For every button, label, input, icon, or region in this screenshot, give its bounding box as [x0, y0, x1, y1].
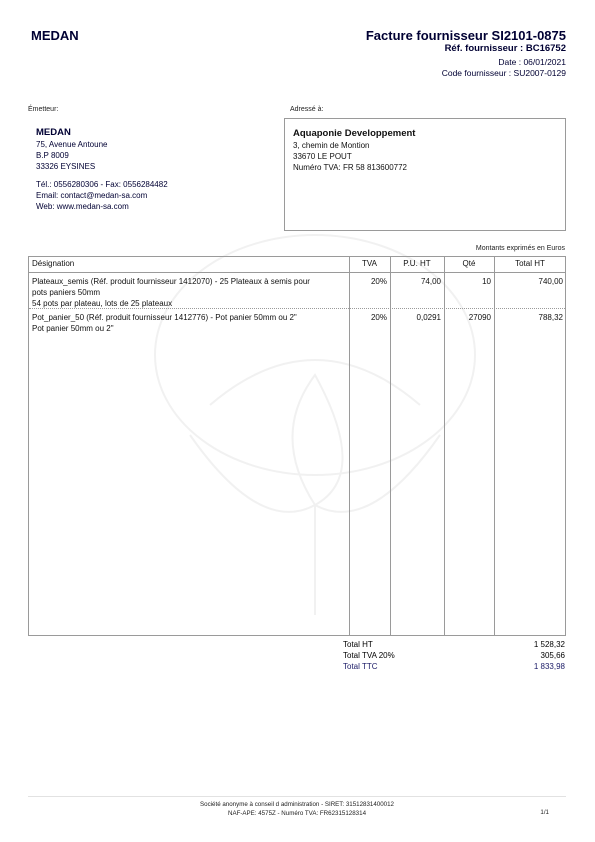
row-total: 788,32 [494, 312, 563, 323]
supplier-code: Code fournisseur : SU2007-0129 [442, 68, 566, 78]
recipient-address-line1: 3, chemin de Montion [293, 140, 565, 151]
sender-web: Web: www.medan-sa.com [36, 201, 282, 212]
recipient-address-line2: 33670 LE POUT [293, 151, 565, 162]
invoice-date: Date : 06/01/2021 [498, 57, 566, 67]
footer-divider [28, 796, 566, 797]
sender-address-line1: 75, Avenue Antoune [36, 139, 282, 150]
recipient-block: Aquaponie Developpement 3, chemin de Mon… [284, 118, 566, 231]
total-ttc-row: Total TTC 1 833,98 [343, 661, 565, 672]
recipient-name: Aquaponie Developpement [293, 128, 565, 140]
designation-line: pots paniers 50mm [32, 287, 347, 298]
row-designation: Plateaux_semis (Réf. produit fournisseur… [32, 276, 347, 309]
page-number: 1/1 [540, 809, 549, 816]
total-tva-value: 305,66 [541, 650, 565, 661]
invoice-title: Facture fournisseur SI2101-0875 [366, 28, 566, 43]
sender-block: MEDAN 75, Avenue Antoune B.P 8009 33326 … [28, 118, 282, 230]
recipient-vat-number: Numéro TVA: FR 58 813600772 [293, 162, 565, 173]
row-tva: 20% [349, 276, 387, 287]
sender-name: MEDAN [36, 127, 282, 139]
total-ttc-label: Total TTC [343, 661, 378, 672]
designation-line: Pot_panier_50 (Réf. produit fournisseur … [32, 312, 347, 323]
row-unit-price: 74,00 [390, 276, 441, 287]
total-tva-row: Total TVA 20% 305,66 [343, 650, 565, 661]
row-total: 740,00 [494, 276, 563, 287]
column-header-total: Total HT [494, 259, 566, 268]
column-header-unit-price: P.U. HT [390, 259, 444, 268]
table-header-row: Désignation TVA P.U. HT Qté Total HT [29, 257, 565, 273]
sender-address-line3: 33326 EYSINES [36, 161, 282, 172]
sender-email: Email: contact@medan-sa.com [36, 190, 282, 201]
footer-legal-text: Société anonyme à conseil d administrati… [28, 800, 566, 818]
row-qty: 10 [444, 276, 491, 287]
sender-phone-fax: Tél.: 0556280306 - Fax: 0556284482 [36, 179, 282, 190]
company-name: MEDAN [31, 28, 79, 43]
row-qty: 27090 [444, 312, 491, 323]
footer-line1: Société anonyme à conseil d administrati… [28, 800, 566, 809]
totals-block: Total HT 1 528,32 Total TVA 20% 305,66 T… [343, 639, 565, 672]
row-designation: Pot_panier_50 (Réf. produit fournisseur … [32, 312, 347, 334]
total-tva-label: Total TVA 20% [343, 650, 395, 661]
row-separator [29, 308, 565, 309]
designation-line: Plateaux_semis (Réf. produit fournisseur… [32, 276, 347, 287]
total-ht-label: Total HT [343, 639, 373, 650]
total-ht-row: Total HT 1 528,32 [343, 639, 565, 650]
recipient-label: Adressé à: [290, 106, 323, 113]
row-tva: 20% [349, 312, 387, 323]
total-ht-value: 1 528,32 [534, 639, 565, 650]
sender-address-line2: B.P 8009 [36, 150, 282, 161]
supplier-reference: Réf. fournisseur : BC16752 [445, 43, 566, 54]
currency-note: Montants exprimés en Euros [476, 245, 565, 252]
items-table: Désignation TVA P.U. HT Qté Total HT Pla… [28, 256, 566, 636]
column-header-qty: Qté [444, 259, 494, 268]
footer-line2: NAF-APE: 4575Z - Numéro TVA: FR623151283… [28, 809, 566, 818]
column-header-tva: TVA [349, 259, 390, 268]
total-ttc-value: 1 833,98 [534, 661, 565, 672]
designation-line: Pot panier 50mm ou 2" [32, 323, 347, 334]
column-header-designation: Désignation [32, 259, 74, 268]
row-unit-price: 0,0291 [390, 312, 441, 323]
sender-label: Émetteur: [28, 106, 58, 113]
